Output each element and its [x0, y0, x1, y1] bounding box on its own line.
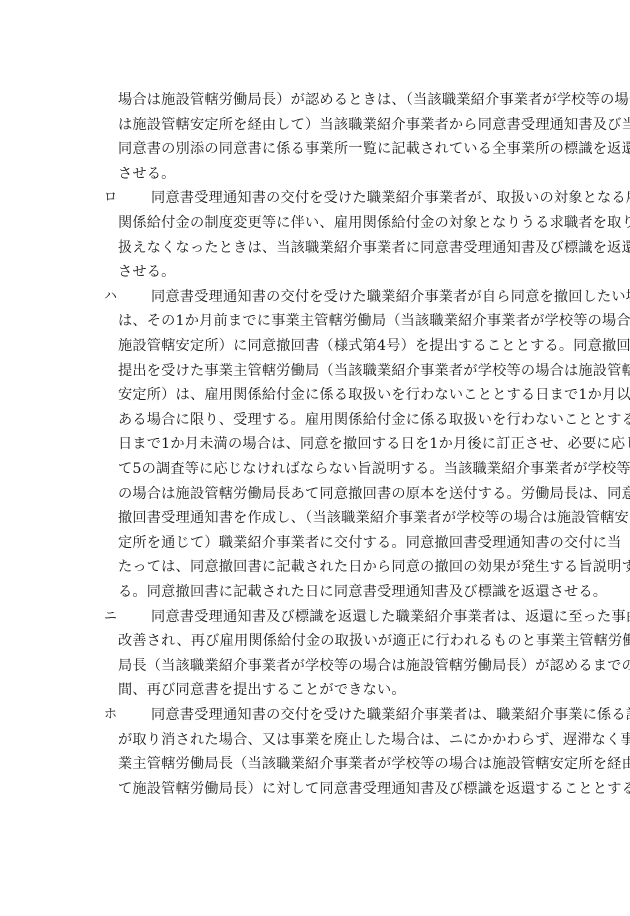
- text-line: 業主管轄労働局長（当該職業紹介事業者が学校等の場合は施設管轄安定所を経由し: [118, 752, 550, 776]
- text-line: ある場合に限り、受理する。雇用関係給付金に係る取扱いを行わないこととする: [118, 408, 550, 432]
- text-line: て5の調査等に応じなければならない旨説明する。当該職業紹介事業者が学校等: [118, 457, 550, 481]
- text-line: させる。: [118, 260, 550, 284]
- text-line: 同意書の別添の同意書に係る事業所一覧に記載されている全事業所の標識を返還: [118, 137, 550, 161]
- text-line: 局長（当該職業紹介事業者が学校等の場合は施設管轄労働局長）が認めるまでの: [118, 654, 550, 678]
- text-line: 改善され、再び雇用関係給付金の取扱いが適正に行われるものと事業主管轄労働: [118, 629, 550, 653]
- item-label: ロ: [104, 186, 118, 210]
- text-line: は施設管轄安定所を経由して）当該職業紹介事業者から同意書受理通知書及び当該: [118, 113, 550, 137]
- text-line: 提出を受けた事業主管轄労働局（当該職業紹介事業者が学校等の場合は施設管轄: [118, 359, 550, 383]
- text-line: が取り消された場合、又は事業を廃止した場合は、ニにかかわらず、遅滞なく事: [118, 728, 550, 752]
- text-line: 関係給付金の制度変更等に伴い、雇用関係給付金の対象となりうる求職者を取り: [118, 211, 550, 235]
- text-line: る。同意撤回書に記載された日に同意書受理通知書及び標識を返還させる。: [118, 580, 550, 604]
- text-line: 日まで1か月未満の場合は、同意を撤回する日を1か月後に訂正させ、必要に応じ: [118, 432, 550, 456]
- text-line: たっては、同意撤回書に記載された日から同意の撤回の効果が発生する旨説明す: [118, 555, 550, 579]
- text-line: 同意書受理通知書の交付を受けた職業紹介事業者は、職業紹介事業に係る許可: [151, 703, 550, 727]
- item-label: ホ: [104, 703, 118, 727]
- text-line: 施設管轄安定所）に同意撤回書（様式第4号）を提出することとする。同意撤回書の: [118, 334, 550, 358]
- document-page: 場合は施設管轄労働局長）が認めるときは、（当該職業紹介事業者が学校等の場合 は施…: [0, 0, 630, 916]
- text-line: 同意書受理通知書の交付を受けた職業紹介事業者が自ら同意を撤回したい場合: [151, 285, 550, 309]
- text-line: 同意書受理通知書及び標識を返還した職業紹介事業者は、返還に至った事由が: [151, 605, 550, 629]
- text-line: させる。: [118, 162, 550, 186]
- text-line: 場合は施設管轄労働局長）が認めるときは、（当該職業紹介事業者が学校等の場合: [118, 88, 550, 112]
- item-label: ハ: [104, 285, 118, 309]
- text-line: 間、再び同意書を提出することができない。: [118, 678, 550, 702]
- item-label: ニ: [104, 605, 118, 629]
- text-line: て施設管轄労働局長）に対して同意書受理通知書及び標識を返還することとする。: [118, 777, 550, 801]
- text-line: は、その1か月前までに事業主管轄労働局（当該職業紹介事業者が学校等の場合は: [118, 309, 550, 333]
- text-line: 安定所）は、雇用関係給付金に係る取扱いを行わないこととする日まで1か月以上: [118, 383, 550, 407]
- text-line: 定所を通じて）職業紹介事業者に交付する。同意撤回書受理通知書の交付に当: [118, 531, 550, 555]
- text-line: 撤回書受理通知書を作成し、（当該職業紹介事業者が学校等の場合は施設管轄安: [118, 506, 550, 530]
- text-line: 扱えなくなったときは、当該職業紹介事業者に同意書受理通知書及び標識を返還: [118, 236, 550, 260]
- text-line: の場合は施設管轄労働局長あて同意撤回書の原本を送付する。労働局長は、同意: [118, 482, 550, 506]
- text-line: 同意書受理通知書の交付を受けた職業紹介事業者が、取扱いの対象となる雇用: [151, 186, 550, 210]
